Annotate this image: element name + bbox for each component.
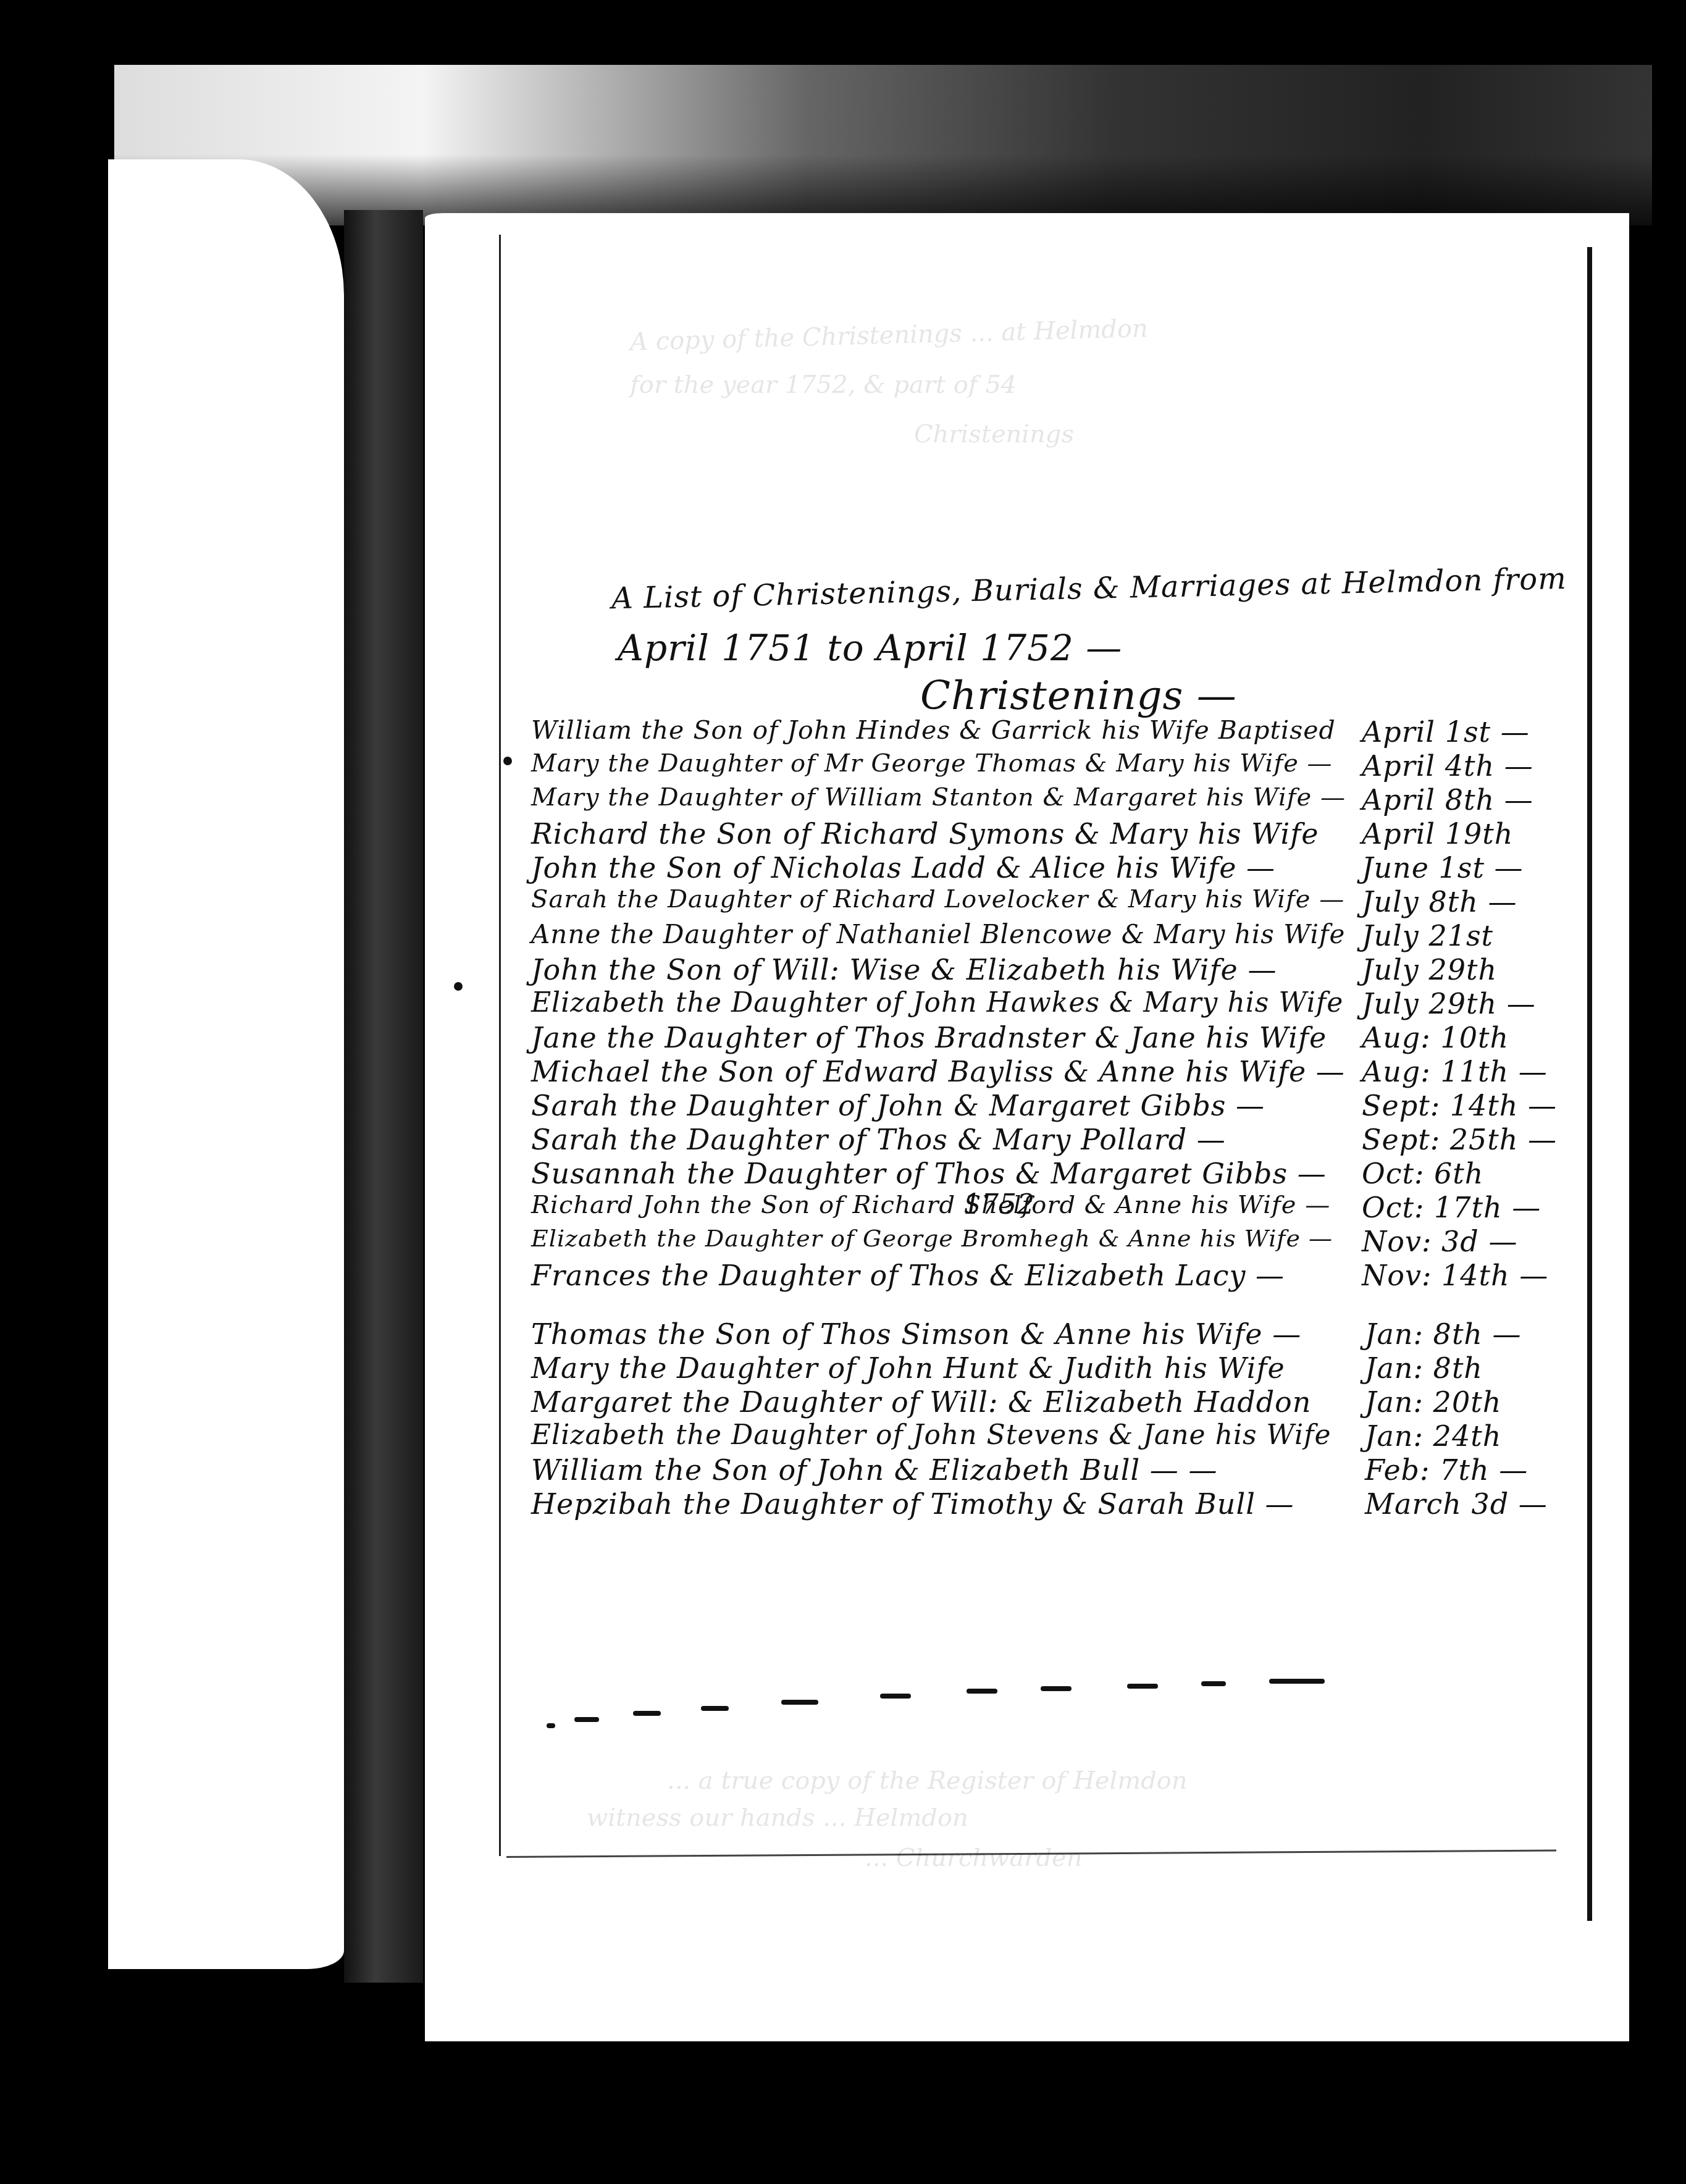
entry-date: July 21st bbox=[1362, 919, 1493, 952]
entry-date: April 4th — bbox=[1362, 749, 1533, 783]
entry-text: Mary the Daughter of John Hunt & Judith … bbox=[531, 1351, 1285, 1385]
ghost-text: witness our hands ... Helmdon bbox=[587, 1804, 968, 1832]
entry-date: July 29th — bbox=[1362, 987, 1536, 1020]
dash bbox=[967, 1689, 997, 1694]
entry-text: Anne the Daughter of Nathaniel Blencowe … bbox=[531, 919, 1345, 949]
closing-dash-line bbox=[547, 1686, 1547, 1742]
dash bbox=[1041, 1686, 1072, 1691]
entry-text: Michael the Son of Edward Bayliss & Anne… bbox=[531, 1055, 1345, 1088]
document-title-line-2: April 1751 to April 1752 — bbox=[618, 627, 1122, 669]
entry-text: Elizabeth the Daughter of John Stevens &… bbox=[531, 1419, 1331, 1451]
page-inner-border bbox=[499, 235, 501, 1856]
margin-dot bbox=[454, 982, 463, 991]
entry-date: Jan: 8th — bbox=[1365, 1317, 1522, 1351]
entry-text: Susannah the Daughter of Thos & Margaret… bbox=[531, 1157, 1327, 1190]
entry-text: Elizabeth the Daughter of George Bromheg… bbox=[531, 1225, 1333, 1252]
entry-text: John the Son of Nicholas Ladd & Alice hi… bbox=[531, 851, 1275, 884]
page-right-edge bbox=[1587, 247, 1592, 1921]
entry-text: Richard the Son of Richard Symons & Mary… bbox=[531, 817, 1319, 850]
entry-text: Mary the Daughter of Mr George Thomas & … bbox=[531, 749, 1333, 778]
year-marker: 1752 bbox=[963, 1189, 1035, 1220]
margin-dot bbox=[503, 757, 512, 765]
entry-date: Aug: 10th bbox=[1362, 1021, 1509, 1054]
dash bbox=[574, 1717, 599, 1722]
entry-date: June 1st — bbox=[1362, 851, 1524, 884]
entry-date: Sept: 25th — bbox=[1362, 1123, 1557, 1156]
entry-text: Sarah the Daughter of Richard Lovelocker… bbox=[531, 885, 1344, 913]
entry-date: Nov: 3d — bbox=[1362, 1225, 1517, 1258]
dash bbox=[781, 1700, 818, 1705]
section-heading-christenings: Christenings — bbox=[920, 673, 1237, 719]
entry-date: April 19th bbox=[1362, 817, 1513, 850]
dash bbox=[880, 1694, 911, 1699]
entry-text: Richard John the Son of Richard Shelford… bbox=[531, 1191, 1330, 1219]
entry-date: July 8th — bbox=[1362, 885, 1517, 918]
entry-text: Elizabeth the Daughter of John Hawkes & … bbox=[531, 987, 1343, 1018]
ghost-text: Christenings bbox=[914, 420, 1074, 448]
ghost-text: ... a true copy of the Register of Helmd… bbox=[667, 1766, 1188, 1795]
left-page-edge bbox=[108, 159, 344, 1969]
dash bbox=[1269, 1679, 1325, 1684]
dash bbox=[547, 1723, 555, 1728]
entry-date: Sept: 14th — bbox=[1362, 1089, 1557, 1122]
entry-text: Sarah the Daughter of Thos & Mary Pollar… bbox=[531, 1123, 1226, 1156]
ghost-text: ... Churchwarden bbox=[865, 1844, 1083, 1872]
entry-text: Margaret the Daughter of Will: & Elizabe… bbox=[531, 1385, 1311, 1419]
entry-date: Feb: 7th — bbox=[1365, 1453, 1528, 1487]
entry-date: April 8th — bbox=[1362, 783, 1533, 817]
entry-text: Hepzibah the Daughter of Timothy & Sarah… bbox=[531, 1487, 1294, 1521]
entry-date: Jan: 8th bbox=[1365, 1351, 1483, 1385]
entry-text: Sarah the Daughter of John & Margaret Gi… bbox=[531, 1089, 1265, 1122]
entry-date: Jan: 24th bbox=[1365, 1419, 1501, 1453]
ghost-text: for the year 1752, & part of 54 bbox=[630, 371, 1017, 399]
entry-text: John the Son of Will: Wise & Elizabeth h… bbox=[531, 953, 1277, 986]
entry-date: Aug: 11th — bbox=[1362, 1055, 1548, 1088]
entry-date: Oct: 6th bbox=[1362, 1157, 1483, 1190]
dash bbox=[633, 1711, 661, 1716]
dash bbox=[1127, 1684, 1158, 1689]
entry-date: April 1st — bbox=[1362, 715, 1530, 749]
entry-text: William the Son of John & Elizabeth Bull… bbox=[531, 1453, 1217, 1487]
entry-date: July 29th bbox=[1362, 953, 1497, 986]
dash bbox=[701, 1706, 729, 1711]
book-binding-gutter bbox=[344, 210, 423, 1983]
entry-date: March 3d — bbox=[1365, 1487, 1548, 1521]
entry-text: Thomas the Son of Thos Simson & Anne his… bbox=[531, 1317, 1301, 1351]
entry-date: Oct: 17th — bbox=[1362, 1191, 1541, 1224]
entry-text: William the Son of John Hindes & Garrick… bbox=[531, 715, 1336, 745]
entry-date: Jan: 20th bbox=[1365, 1385, 1501, 1419]
entry-text: Frances the Daughter of Thos & Elizabeth… bbox=[531, 1259, 1285, 1292]
entry-text: Mary the Daughter of William Stanton & M… bbox=[531, 783, 1346, 812]
entry-date: Nov: 14th — bbox=[1362, 1259, 1548, 1292]
dash bbox=[1201, 1681, 1226, 1686]
entry-text: Jane the Daughter of Thos Bradnster & Ja… bbox=[531, 1021, 1327, 1054]
